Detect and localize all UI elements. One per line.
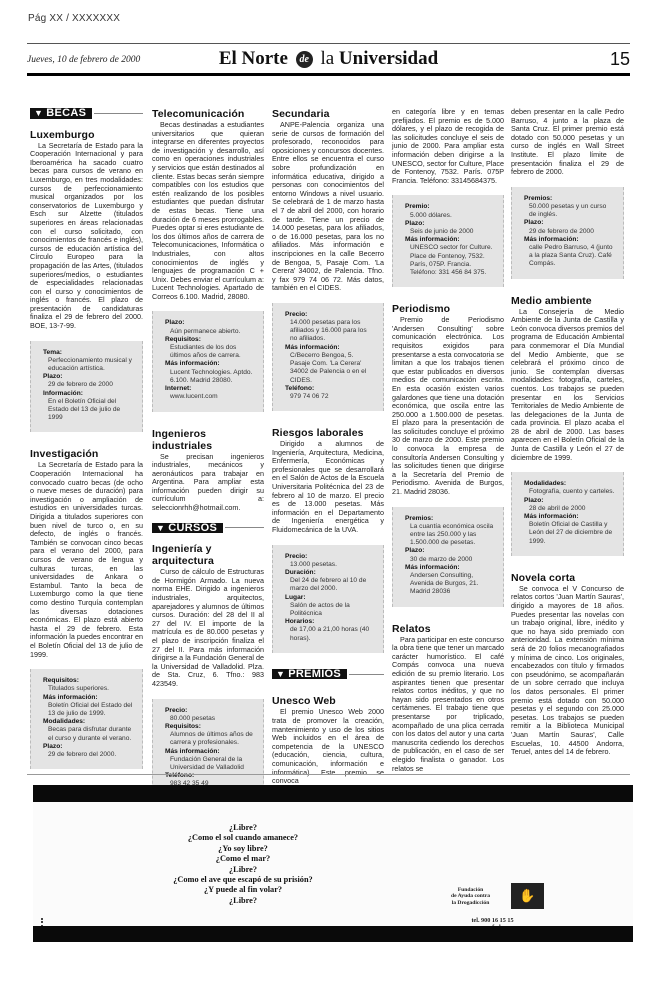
- article-luxemburgo: Luxemburgo La Secretaría de Estado para …: [30, 129, 143, 433]
- article-body: ANPE-Palencia organiza una serie de curs…: [272, 121, 384, 293]
- section-label-premios: PREMIOS: [288, 668, 341, 680]
- article-title: Telecomunicación: [152, 108, 264, 120]
- section-cursos: ▼CURSOS: [152, 523, 264, 534]
- article-title: Relatos: [392, 623, 504, 635]
- article-unesco-web-continued: en categoría libre y en temas prefijados…: [392, 108, 504, 287]
- top-divider: [27, 43, 630, 44]
- article-relatos: Relatos Para participar en este concurso…: [392, 623, 504, 774]
- article-body: Se precisan ingenieros industriales, mec…: [152, 453, 264, 513]
- ad-poem: ¿Libre? ¿Como el sol cuando amanece? ¿Yo…: [93, 823, 393, 906]
- article-title: Ingeniería y arquitectura: [152, 543, 264, 567]
- info-box: Premios:La cuantía económica oscila entr…: [392, 507, 504, 607]
- info-box: Plazo:Aún permanece abierto. Requisitos:…: [152, 311, 264, 411]
- article-title: Riesgos laborales: [272, 427, 384, 439]
- triangle-down-icon: ▼: [34, 108, 43, 118]
- title-el-norte: El Norte: [219, 48, 288, 69]
- info-box: Premio:5.000 dólares. Plazo:Seis de juni…: [392, 195, 504, 287]
- article-body: La Consejería de Medio Ambiente de la Ju…: [511, 308, 624, 463]
- article-title: Medio ambiente: [511, 295, 624, 307]
- de-logo-icon: de: [296, 51, 313, 68]
- section-label-becas: BECAS: [46, 107, 86, 119]
- article-body-continued: deben presentar en la calle Pedro Barrus…: [511, 108, 624, 177]
- info-box: Precio:13.000 pesetas. Duración:Del 24 d…: [272, 545, 384, 653]
- article-title: Luxemburgo: [30, 129, 143, 141]
- info-box: Premios:50.000 pesetas y un curso de ing…: [511, 187, 624, 279]
- article-title: Unesco Web: [272, 695, 384, 707]
- section-becas: ▼BECAS: [30, 108, 143, 119]
- internet-link[interactable]: www.lucent.com: [165, 393, 255, 401]
- article-telecomunicacion: Telecomunicación Becas destinadas a estu…: [152, 108, 264, 412]
- page-number: 15: [610, 49, 630, 70]
- article-relatos-continued: deben presentar en la calle Pedro Barrus…: [511, 108, 624, 279]
- article-title: Periodismo: [392, 303, 504, 315]
- fad-advertisement: ¿Libre? ¿Como el sol cuando amanece? ¿Yo…: [33, 785, 633, 942]
- info-box: Precio:80.000 pesetas Requisitos:Alumnos…: [152, 699, 264, 799]
- article-body: Para participar en este concurso la obra…: [392, 636, 504, 774]
- column-1: ▼BECAS Luxemburgo La Secretaría de Estad…: [30, 108, 143, 769]
- article-body: Se convoca el V Concurso de relatos cort…: [511, 585, 624, 757]
- article-body: Premio de Periodismo 'Andersen Consultin…: [392, 316, 504, 496]
- title-universidad: Universidad: [339, 48, 438, 69]
- article-title: Novela corta: [511, 572, 624, 584]
- ad-phone: tel. 900 16 15 15: [445, 917, 540, 924]
- column-5: deben presentar en la calle Pedro Barrus…: [511, 108, 624, 757]
- masthead-rule: [27, 73, 630, 76]
- article-body: Dirigido a alumnos de Ingeniería, Arquit…: [272, 440, 384, 535]
- article-title: Investigación: [30, 448, 143, 460]
- article-periodismo: Periodismo Premio de Periodismo 'Anderse…: [392, 303, 504, 607]
- page-reference: Pág XX / XXXXXXX: [28, 13, 120, 24]
- article-title: Secundaria: [272, 108, 384, 120]
- article-body: Becas destinadas a estudiantes universit…: [152, 121, 264, 301]
- article-body: La Secretaría de Estado para la Cooperac…: [30, 142, 143, 331]
- triangle-down-icon: ▼: [156, 523, 165, 533]
- article-body: Curso de cálculo de Estructuras de Hormi…: [152, 568, 264, 688]
- info-box: Modalidades:Fotografía, cuento y cartele…: [511, 472, 624, 556]
- masthead: Jueves, 10 de febrero de 2000 El Norte d…: [27, 48, 630, 70]
- column-4: en categoría libre y en temas prefijados…: [392, 108, 504, 773]
- newspaper-title: El Norte de la Universidad: [27, 48, 630, 70]
- hand-logo-icon: ✋: [511, 883, 544, 909]
- info-box: Tema:Perfeccionamiento musical y educaci…: [30, 341, 143, 433]
- article-body-continued: en categoría libre y en temas prefijados…: [392, 108, 504, 185]
- section-premios: ▼PREMIOS: [272, 669, 384, 680]
- article-ingenieria-arquitectura: Ingeniería y arquitectura Curso de cálcu…: [152, 543, 264, 798]
- article-ingenieros-industriales: Ingenieros industriales Se precisan inge…: [152, 428, 264, 513]
- article-title: Ingenieros industriales: [152, 428, 264, 452]
- title-la: la: [320, 48, 334, 69]
- article-investigacion: Investigación La Secretaría de Estado pa…: [30, 448, 143, 769]
- ad-foundation-name: Fundación de Ayuda contra la Drogadicció…: [438, 887, 503, 906]
- article-novela-corta: Novela corta Se convoca el V Concurso de…: [511, 572, 624, 757]
- section-label-cursos: CURSOS: [168, 522, 217, 534]
- bottom-divider: [27, 774, 630, 775]
- article-secundaria: Secundaria ANPE-Palencia organiza una se…: [272, 108, 384, 411]
- column-2: Telecomunicación Becas destinadas a estu…: [152, 108, 264, 799]
- info-box: Requisitos:Titulados superiores. Más inf…: [30, 669, 143, 769]
- article-unesco-web: Unesco Web El premio Unesco Web 2000 tra…: [272, 695, 384, 785]
- ad-top-bar: [33, 785, 633, 802]
- info-box: Precio:14.000 pesetas para los afiliados…: [272, 303, 384, 411]
- column-3: Secundaria ANPE-Palencia organiza una se…: [272, 108, 384, 786]
- ad-bottom-bar: [33, 926, 633, 942]
- article-medio-ambiente: Medio ambiente La Consejería de Medio Am…: [511, 295, 624, 556]
- triangle-down-icon: ▼: [276, 669, 285, 679]
- article-riesgos-laborales: Riesgos laborales Dirigido a alumnos de …: [272, 427, 384, 653]
- article-body: La Secretaría de Estado para la Cooperac…: [30, 461, 143, 659]
